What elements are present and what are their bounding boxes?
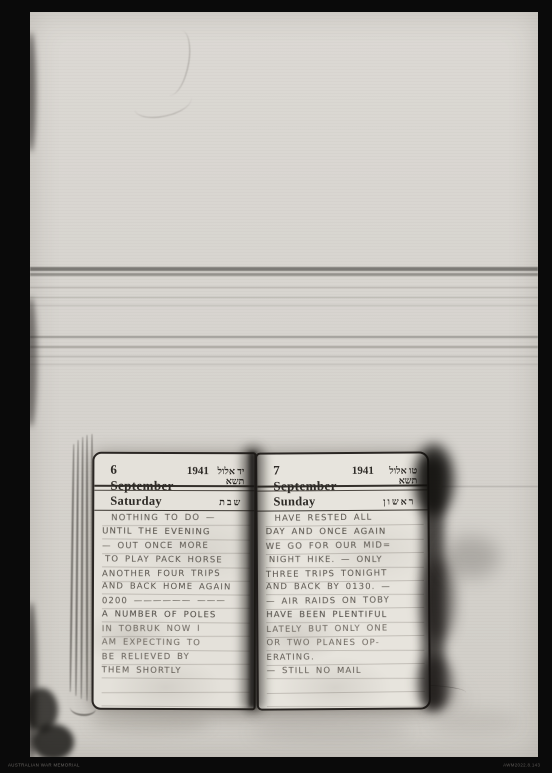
diary: 6 September 1941 יד אלול תשא Saturday שב… — [70, 428, 510, 728]
hebrew-date: יד אלול תשא — [209, 467, 245, 487]
entry-line: THEM SHORTLY — [102, 664, 250, 679]
edge-smudge — [442, 536, 500, 578]
diary-right-page: 7 September 1941 טו אלול תשא Sunday ראשו… — [255, 451, 431, 710]
entry-line: OR TWO PLANES OP- — [266, 637, 424, 651]
entry-line: A NUMBER OF POLES — [102, 609, 250, 624]
day-row: Saturday שבת — [94, 491, 254, 511]
scan-streak — [30, 356, 538, 357]
scan-streak — [30, 267, 538, 271]
hebrew-date: טו אלול תשא — [374, 466, 418, 486]
entry-line: WE GO FOR OUR MID= — [266, 539, 424, 555]
entry-line: — AIR RAIDS ON TOBY — [266, 594, 424, 610]
entry-line: DAY AND ONCE AGAIN — [266, 526, 424, 540]
toner-blotch — [30, 297, 37, 427]
entry-line: NIGHT HIKE. — ONLY — [266, 554, 424, 568]
photocopy-page: 6 September 1941 יד אלול תשא Saturday שב… — [30, 12, 538, 757]
day-row: Sunday ראשון — [257, 490, 427, 510]
scan-streak — [30, 273, 538, 276]
entry-line: BE RELIEVED BY — [102, 651, 250, 665]
page-edge-line — [75, 440, 79, 696]
ruled-line-empty — [267, 678, 425, 694]
diary-left-page: 6 September 1941 יד אלול תשא Saturday שב… — [92, 452, 257, 711]
squiggle-mark — [133, 87, 194, 121]
ruled-line-empty — [102, 706, 250, 710]
entry-line: NOTHING TO DO — — [102, 512, 250, 526]
entry-line: ANOTHER FOUR TRIPS — [102, 567, 250, 581]
archive-credit-text: AUSTRALIAN WAR MEMORIAL — [8, 763, 80, 768]
entry-line: — STILL NO MAIL — [267, 665, 425, 679]
day-label: Sunday — [273, 494, 315, 509]
page-edge-line — [86, 435, 88, 701]
hebrew-day-label: שבת — [219, 498, 242, 508]
entry-line: UNTIL THE EVENING — [102, 525, 250, 540]
entry-line: HAVE BEEN PLENTIFUL — [266, 609, 424, 623]
entry-line: LATELY BUT ONLY ONE — [266, 622, 424, 638]
edge-smudge — [414, 444, 454, 516]
toner-blotch — [32, 724, 74, 757]
entry-line: AND BACK HOME AGAIN — [102, 581, 250, 596]
entry-line: TO PLAY PACK HORSE — [102, 553, 250, 568]
entry-line: ERATING. — [266, 650, 424, 666]
entry-area: HAVE RESTED ALL DAY AND ONCE AGAIN WE GO… — [258, 510, 430, 710]
entry-line: — OUT ONCE MORE — [102, 540, 250, 554]
scan-streak — [30, 364, 538, 365]
page-header: 7 September 1941 טו אלול תשא — [257, 453, 427, 482]
scan-streak — [30, 305, 538, 306]
ruled-line-empty — [102, 692, 250, 707]
page-date: 7 September — [273, 462, 339, 494]
entry-line: IN TOBRUK NOW I — [102, 623, 250, 637]
entry-line: AM EXPECTING TO — [102, 636, 250, 651]
entry-line: HAVE RESTED ALL — [265, 511, 423, 527]
scan-streak — [30, 336, 538, 338]
edge-smudge — [418, 656, 452, 710]
scan-streak — [30, 287, 538, 288]
scan-streak — [30, 297, 538, 298]
scan-streak — [30, 346, 538, 348]
page-edge-line — [69, 444, 74, 692]
hebrew-day-label: ראשון — [383, 497, 415, 507]
entry-line: 0200 —————— ——— — [102, 595, 250, 609]
archive-reference-text: AWM2022.8.143 — [503, 763, 540, 768]
gutter-shadow — [249, 452, 256, 708]
page-year: 1941 — [352, 465, 374, 477]
toner-blotch — [30, 32, 36, 152]
page-date: 6 September — [110, 462, 174, 494]
page-year: 1941 — [187, 465, 209, 477]
entry-area: NOTHING TO DO — UNTIL THE EVENING — OUT … — [93, 511, 254, 711]
ruled-line-empty — [102, 679, 250, 693]
page-header: 6 September 1941 יד אלול תשא — [94, 454, 254, 483]
page-edge-line — [80, 437, 83, 699]
day-label: Saturday — [110, 494, 162, 509]
